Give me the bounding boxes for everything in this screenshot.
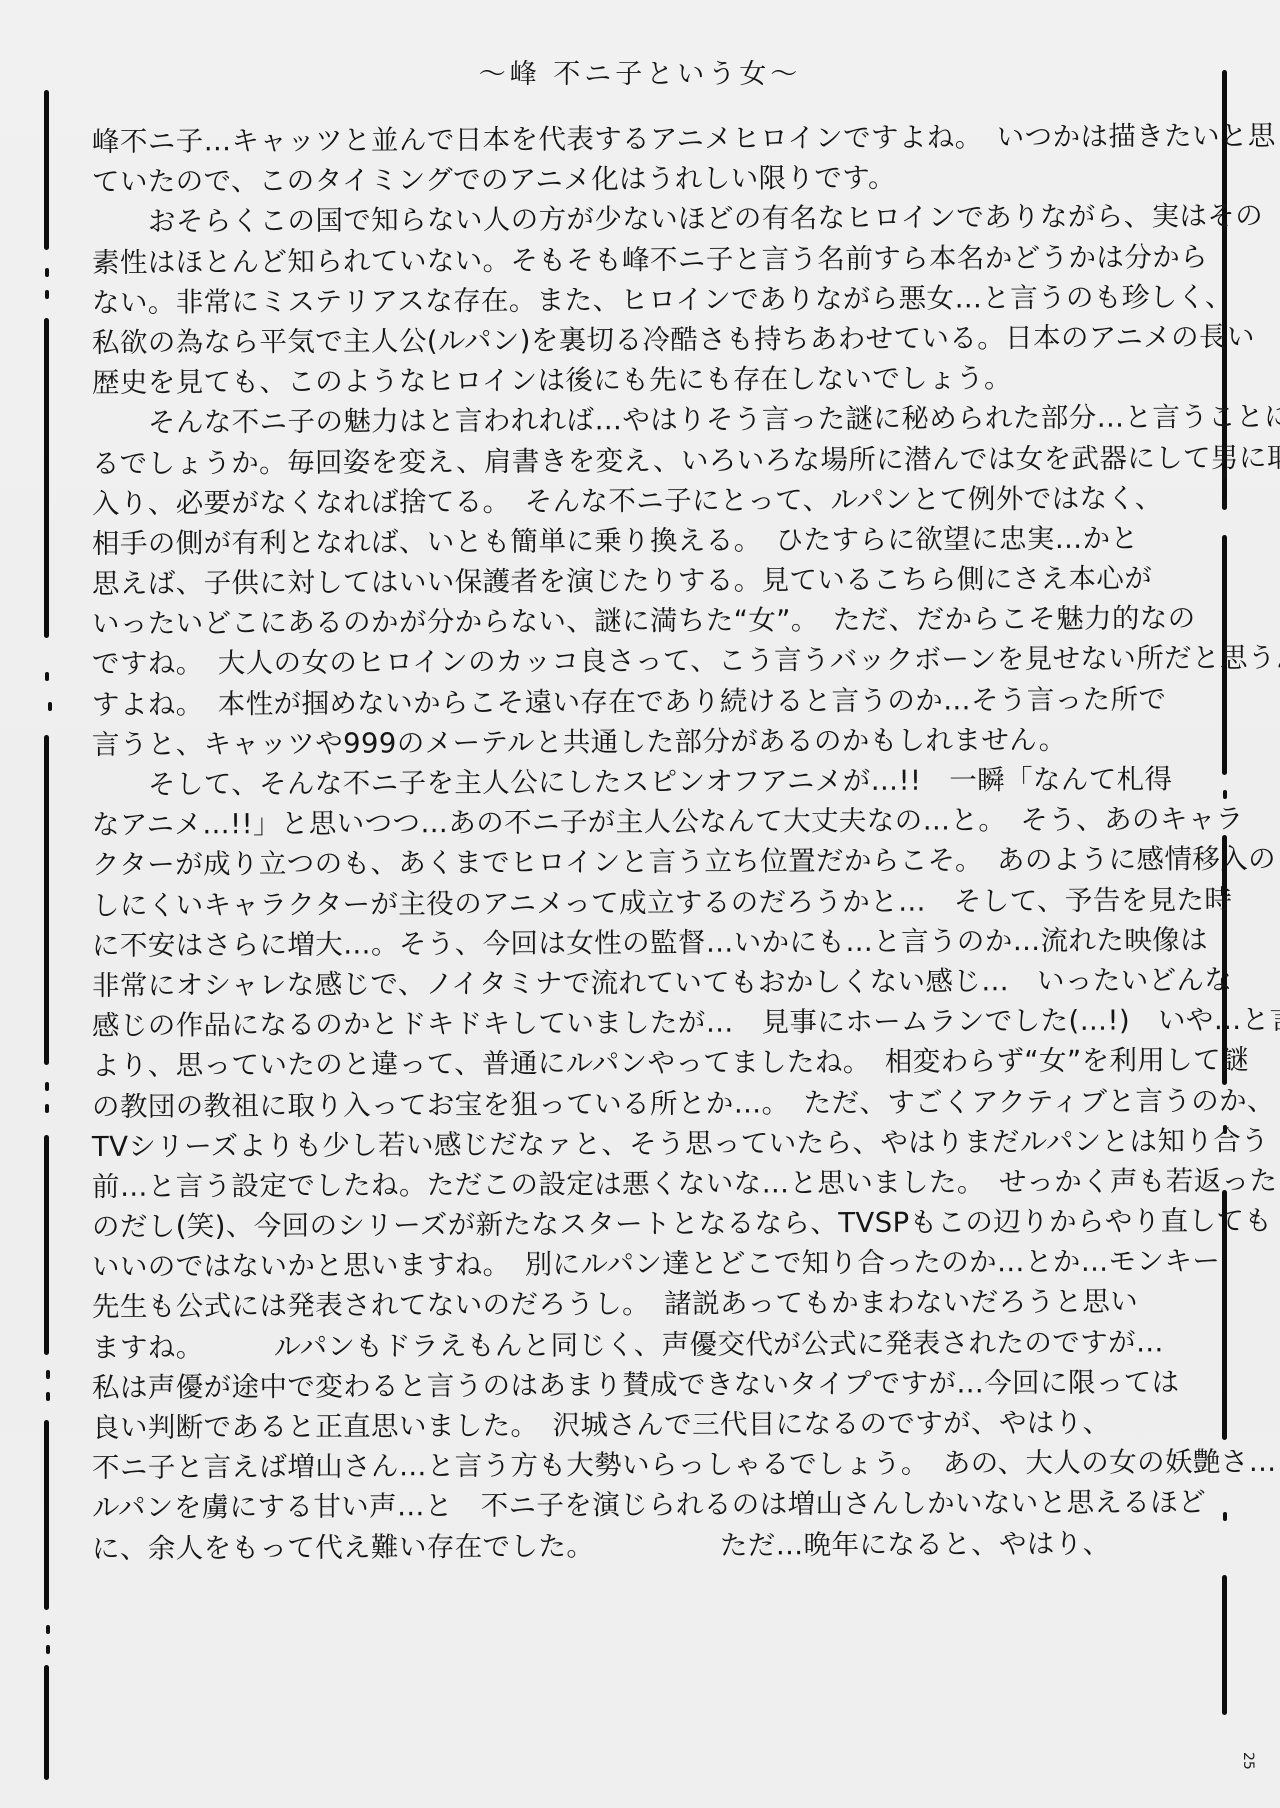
text-line: 言うと、キャッツや999のメーテルと共通した部分があるのかもしれません。 — [92, 719, 1212, 765]
text-line: 私欲の為なら平気で主人公(ルパン)を裏切る冷酷さも持ちあわせている。日本のアニメ… — [92, 317, 1212, 363]
text-line: 不ニ子と言えば増山さん…と言う方も大勢いらっしゃるでしょう。 あの、大人の女の妖… — [92, 1442, 1212, 1488]
margin-dot — [46, 1645, 50, 1654]
margin-dot — [45, 672, 49, 681]
text-line: 私は声優が途中で変わると言うのはあまり賛成できないタイプですが…今回に限っては — [92, 1362, 1212, 1408]
margin-dot — [1223, 500, 1227, 509]
text-line: に不安はさらに増大…。そう、今回は女性の監督…いかにも…と言うのか…流れた映像は — [92, 920, 1212, 966]
text-line: のだし(笑)、今回のシリーズが新たなスタートとなるなら、TVSPもこの辺りからや… — [92, 1201, 1212, 1247]
essay-body: 峰不ニ子…キャッツと並んで日本を代表するアニメヒロインですよね。 いつかは描きた… — [92, 122, 1212, 1569]
text-line: 歴史を見ても、このようなヒロインは後にも先にも存在しないでしょう。 — [92, 357, 1212, 403]
text-line: ていたので、このタイミングでのアニメ化はうれしい限りです。 — [92, 156, 1212, 202]
margin-dot — [46, 1625, 50, 1634]
text-line: クターが成り立つのも、あくまでヒロインと言う立ち位置だからこそ。 あのように感情… — [92, 840, 1212, 886]
text-line: いいのではないかと思いますね。 別にルパン達とどこで知り合ったのか…とか…モンキ… — [92, 1241, 1212, 1287]
text-line: 感じの作品になるのかとドキドキしていましたが… 見事にホームランでした(…!) … — [92, 1000, 1212, 1046]
text-line: ルパンを虜にする甘い声…と 不ニ子を演じられるのは増山さんしかいないと思えるほど — [92, 1483, 1212, 1529]
margin-dot — [46, 1392, 50, 1401]
text-line: に、余人をもって代え難い存在でした。 ただ…晩年になると、やはり、 — [92, 1523, 1212, 1569]
text-line: 先生も公式には発表されてないのだろうし。 諸説あってもかまわないだろうと思い — [92, 1282, 1212, 1328]
text-line: 相手の側が有利となれば、いとも簡単に乗り換える。 ひたすらに欲望に忠実…かと — [92, 518, 1212, 564]
text-line: 良い判断であると正直思いました。 沢城さんで三代目になるのですが、やはり、 — [92, 1402, 1212, 1448]
left-margin-line — [44, 735, 49, 1065]
text-line: ない。非常にミステリアスな存在。また、ヒロインでありながら悪女…と言うのも珍しく… — [92, 277, 1212, 323]
margin-dot — [45, 268, 49, 277]
text-line: ですね。 大人の女のヒロインのカッコ良さって、こう言うバックボーンを見せない所だ… — [92, 639, 1212, 685]
margin-dot — [45, 1082, 49, 1091]
scanned-page: 〜峰 不ニ子という女〜 峰不ニ子…キャッツと並んで日本を代表するアニメヒロインで… — [0, 0, 1280, 1808]
text-line: の教団の教祖に取り入ってお宝を狙っている所とか…。 ただ、すごくアクティブと言う… — [92, 1081, 1212, 1127]
text-line: 入り、必要がなくなれば捨てる。 そんな不ニ子にとって、ルパンとて例外ではなく、 — [92, 478, 1212, 524]
margin-dot — [1223, 1512, 1227, 1521]
text-line: ますね。 ルパンもドラえもんと同じく、声優交代が公式に発表されたのですが… — [92, 1322, 1212, 1368]
text-line: 峰不ニ子…キャッツと並んで日本を代表するアニメヒロインですよね。 いつかは描きた… — [92, 116, 1212, 162]
left-margin-line — [44, 1665, 49, 1780]
margin-dot — [45, 290, 49, 299]
text-line: そして、そんな不ニ子を主人公にしたスピンオフアニメが…!! 一瞬「なんて札得 — [92, 759, 1212, 805]
text-line: そんな不ニ子の魅力はと言われれば…やはりそう言った謎に秘められた部分…と言うこと… — [92, 397, 1212, 443]
margin-dot — [46, 1370, 50, 1379]
margin-dot — [1223, 790, 1227, 799]
text-line: るでしょうか。毎回姿を変え、肩書きを変え、いろいろな場所に潜んでは女を武器にして… — [92, 438, 1212, 484]
text-line: なアニメ…!!」と思いつつ…あの不ニ子が主人公なんて大丈夫なの…と。 そう、あの… — [92, 799, 1212, 845]
text-line: より、思っていたのと違って、普通にルパンやってましたね。 相変わらず“女”を利用… — [92, 1040, 1212, 1086]
margin-dot — [45, 1104, 49, 1113]
right-margin-line — [1222, 1575, 1227, 1715]
text-line: すよね。 本性が掴めないからこそ遠い存在であり続けると言うのか…そう言った所で — [92, 679, 1212, 725]
text-line: おそらくこの国で知らない人の方が少ないほどの有名なヒロインでありながら、実はその — [92, 197, 1212, 243]
text-line: 前…と言う設定でしたね。ただこの設定は悪くないな…と思いました。 せっかく声も若… — [92, 1161, 1212, 1207]
left-margin-line — [44, 318, 49, 638]
margin-dot — [48, 702, 52, 711]
text-line: いったいどこにあるのかが分からない、謎に満ちた“女”。 ただ、だからこそ魅力的な… — [92, 598, 1212, 644]
text-line: 思えば、子供に対してはいい保護者を演じたりする。見ているこちら側にさえ本心が — [92, 558, 1212, 604]
page-title: 〜峰 不ニ子という女〜 — [0, 52, 1280, 91]
text-line: TVシリーズよりも少し若い感じだなァと、そう思っていたら、やはりまだルパンとは知… — [92, 1121, 1212, 1167]
text-line: 非常にオシャレな感じで、ノイタミナで流れていてもおかしくない感じ… いったいどん… — [92, 960, 1212, 1006]
page-number: 25 — [1240, 1752, 1256, 1770]
left-margin-line — [44, 90, 49, 250]
left-margin-line — [44, 1420, 49, 1610]
text-line: 素性はほとんど知られていない。そもそも峰不ニ子と言う名前すら本名かどうかは分から — [92, 237, 1212, 283]
left-margin-line — [44, 1135, 49, 1355]
text-line: しにくいキャラクターが主役のアニメって成立するのだろうかと… そして、予告を見た… — [92, 880, 1212, 926]
